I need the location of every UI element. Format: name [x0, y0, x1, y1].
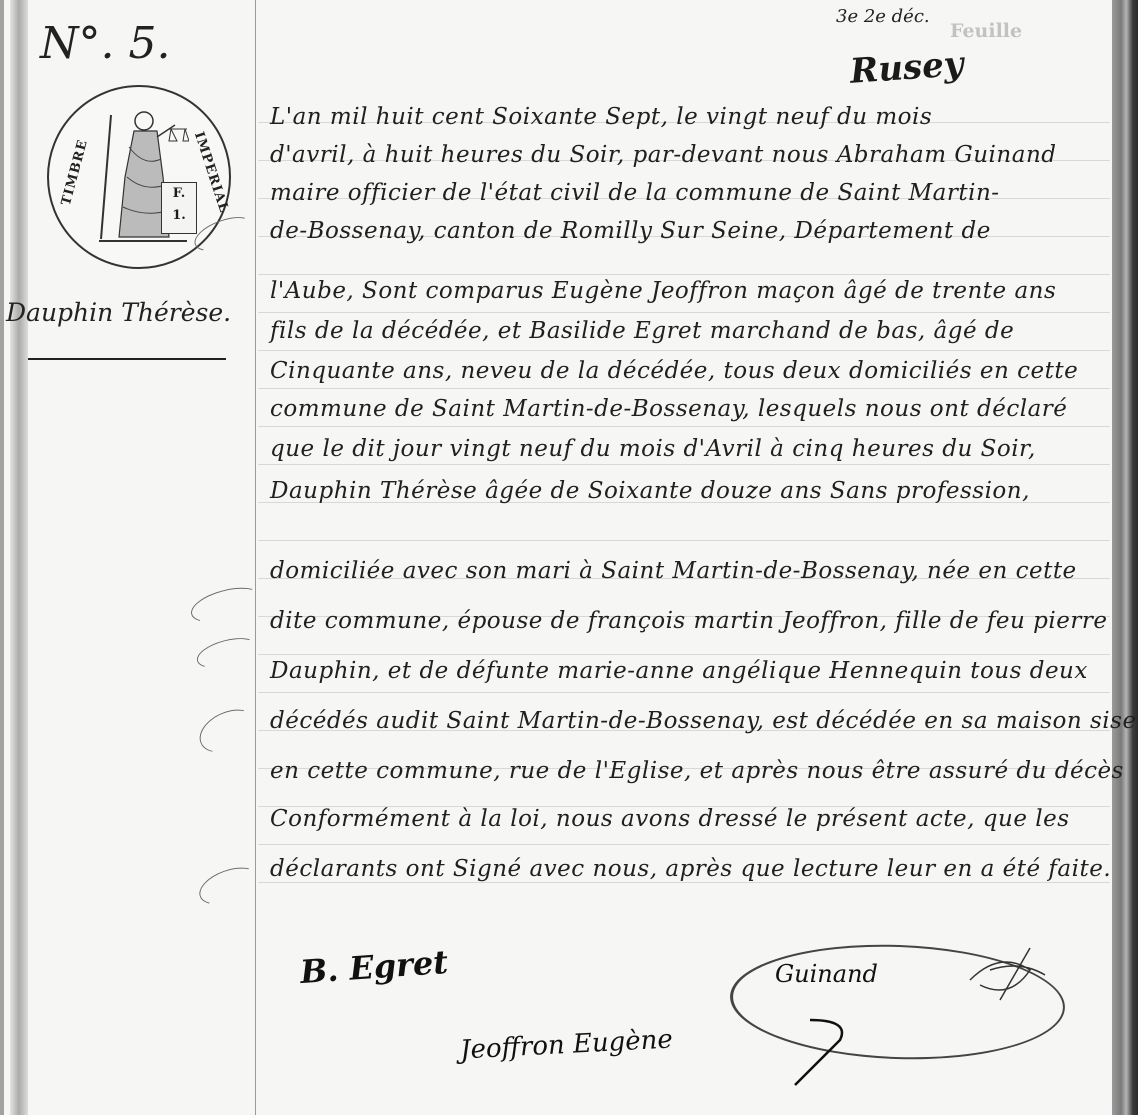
paraph-tail-icon	[790, 1010, 870, 1090]
ruled-line	[258, 426, 1110, 427]
record-line: d'avril, à huit heures du Soir, par-deva…	[270, 142, 1056, 168]
record-line: Conformément à la loi, nous avons dressé…	[270, 806, 1070, 832]
margin-underline	[28, 358, 226, 360]
capital-flourish	[193, 701, 263, 761]
ruled-line	[258, 692, 1110, 693]
signature-jeoffron-eugene: Jeoffron Eugène	[459, 1024, 673, 1065]
record-line: commune de Saint Martin-de-Bossenay, les…	[270, 396, 1067, 422]
record-line: en cette commune, rue de l'Eglise, et ap…	[270, 758, 1124, 784]
record-line: fils de la décédée, et Basilide Egret ma…	[270, 318, 1014, 344]
ruled-line	[258, 882, 1110, 883]
stamp-text-timbre: TIMBRE	[59, 138, 91, 207]
ruled-line	[258, 312, 1110, 313]
ruled-line	[258, 274, 1110, 275]
ruled-line	[258, 540, 1110, 541]
capital-flourish	[194, 632, 261, 673]
record-line: dite commune, épouse de françois martin …	[270, 608, 1107, 634]
feuille-stamp: Feuille	[950, 20, 1022, 42]
record-line: décédés audit Saint Martin-de-Bossenay, …	[270, 708, 1137, 734]
ruled-line	[258, 654, 1110, 655]
top-paraph-signature: Rusey	[849, 44, 965, 92]
record-line: L'an mil huit cent Soixante Sept, le vin…	[270, 104, 932, 130]
paraph-scribble-icon	[960, 940, 1050, 1010]
ruled-line	[258, 388, 1110, 389]
record-line: maire officier de l'état civil de la com…	[270, 180, 1000, 206]
record-line: déclarants ont Signé avec nous, après qu…	[270, 856, 1111, 882]
stamp-shield-text-1: 1.	[162, 205, 196, 227]
record-line: Cinquante ans, neveu de la décédée, tous…	[270, 358, 1078, 384]
signature-b-egret: B. Egret	[299, 943, 449, 991]
record-line: Dauphin Thérèse âgée de Soixante douze a…	[270, 478, 1030, 504]
stamp-text-imperial: IMPERIAL	[191, 130, 231, 215]
ruled-line	[258, 350, 1110, 351]
record-line: l'Aube, Sont comparus Eugène Jeoffron ma…	[270, 278, 1056, 304]
record-line: de-Bossenay, canton de Romilly Sur Seine…	[270, 218, 991, 244]
signature-guinand: Guinand	[775, 960, 878, 988]
top-annotation: 3e 2e déc.	[836, 6, 930, 27]
left-binding-edge	[0, 0, 4, 1115]
ruled-line	[258, 464, 1110, 465]
left-binding-shadow	[10, 0, 28, 1115]
act-number: N°. 5.	[40, 18, 170, 69]
capital-flourish	[187, 581, 264, 629]
stamp-shield-text-f: F.	[162, 183, 196, 205]
record-line: que le dit jour vingt neuf du mois d'Avr…	[270, 436, 1036, 462]
margin-deceased-name: Dauphin Thérèse.	[6, 298, 231, 327]
margin-line	[255, 0, 256, 1115]
record-line: Dauphin, et de défunte marie-anne angéli…	[270, 658, 1088, 684]
right-page-edge	[1112, 0, 1138, 1115]
capital-flourish	[194, 860, 263, 911]
stamp-shield: F. 1.	[161, 182, 197, 234]
register-page: N°. 5. TIMBRE IMPERIAL F. 1. Dauphin Thé…	[0, 0, 1138, 1115]
record-line: domiciliée avec son mari à Saint Martin-…	[270, 558, 1077, 584]
ruled-line	[258, 844, 1110, 845]
